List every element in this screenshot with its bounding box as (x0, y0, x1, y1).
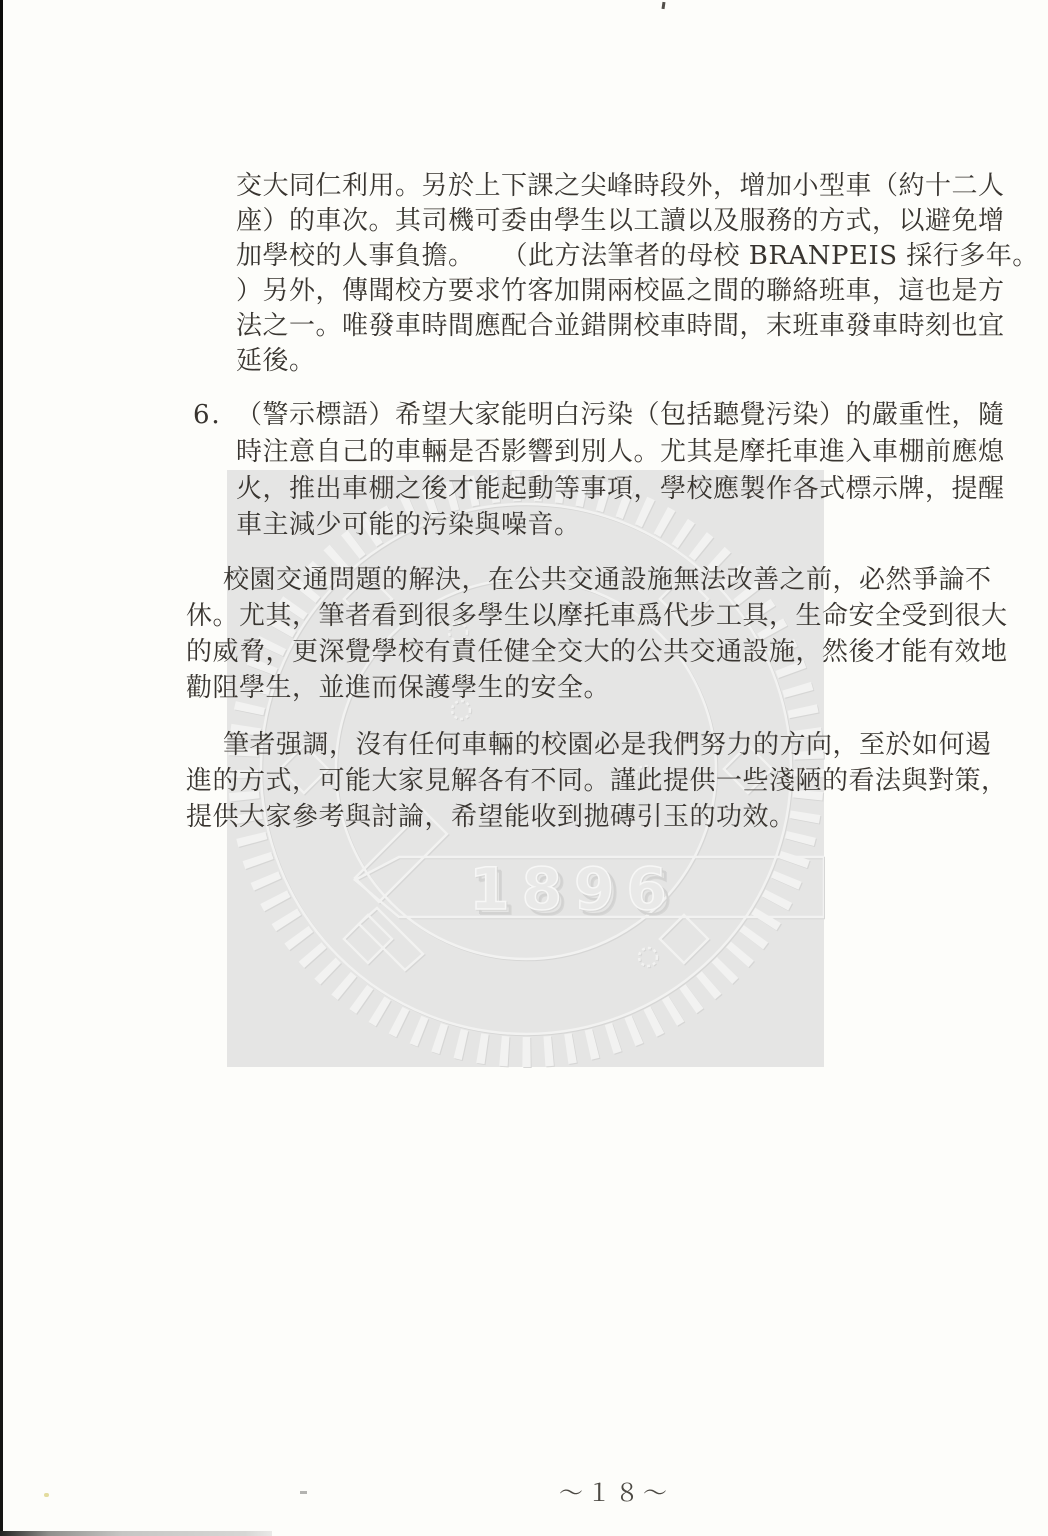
text-line: 時注意自己的車輛是否影響到別人。尤其是摩托車進入車棚前應熄 (236, 438, 1005, 466)
text-line: 法之一。唯發車時間應配合並錯開校車時間，末班車發車時刻也宜 (236, 312, 1005, 340)
text-line: 提供大家參考與討論，希望能收到拋磚引玉的功效。 (186, 803, 796, 831)
text-line: ）另外，傳聞校方要求竹客加開兩校區之間的聯絡班車，這也是方 (236, 277, 1005, 305)
text-line: 車主減少可能的污染與噪音。 (236, 511, 581, 539)
text-line: 勸阻學生，並進而保護學生的安全。 (186, 674, 610, 702)
text-line: 火，推出車棚之後才能起動等事項，學校應製作各式標示牌，提醒 (236, 475, 1005, 503)
scanned-document-page: 1896 1896 交大同仁利用。另於上下課之尖峰時段外，增加小型車（約十二人 … (0, 0, 1048, 1536)
text-line: 延後。 (236, 347, 316, 375)
text-line: 的威脅，更深覺學校有責任健全交大的公共交通設施，然後才能有效地 (186, 638, 1008, 666)
scan-edge-bottom (0, 1531, 272, 1536)
text-line: 座）的車次。其司機可委由學生以工讀以及服務的方式，以避免增 (236, 207, 1005, 235)
seal-dot (452, 701, 470, 719)
text-line: 校園交通問題的解決，在公共交通設施無法改善之前，必然爭論不 (223, 566, 992, 594)
text-line: 筆者强調，沒有任何車輛的校園必是我們努力的方向，至於如何遏 (223, 731, 992, 759)
scan-speck (300, 1491, 307, 1494)
text-line: 進的方式，可能大家見解各有不同。謹此提供一些淺陋的看法與對策， (186, 767, 1008, 795)
seal-diamond (344, 915, 392, 963)
scan-speck (44, 1493, 49, 1497)
text-line: 休。尤其，筆者看到很多學生以摩托車爲代步工具，生命安全受到很大 (186, 602, 1008, 630)
text-line: 加學校的人事負擔。 （此方法筆者的母校 BRANPEIS 採行多年。 (236, 242, 1039, 270)
scan-speck (662, 2, 666, 9)
text-line: 交大同仁利用。另於上下課之尖峰時段外，增加小型車（約十二人 (236, 172, 1005, 200)
seal-year: 1896 (469, 855, 678, 923)
list-item-6-marker: 6． (193, 401, 240, 429)
scan-edge-left (0, 0, 3, 1536)
text-line: （警示標語）希望大家能明白污染（包括聽覺污染）的嚴重性，隨 (236, 401, 1005, 429)
seal-dot (639, 948, 657, 966)
page-number: ～１８～ (531, 1473, 699, 1508)
